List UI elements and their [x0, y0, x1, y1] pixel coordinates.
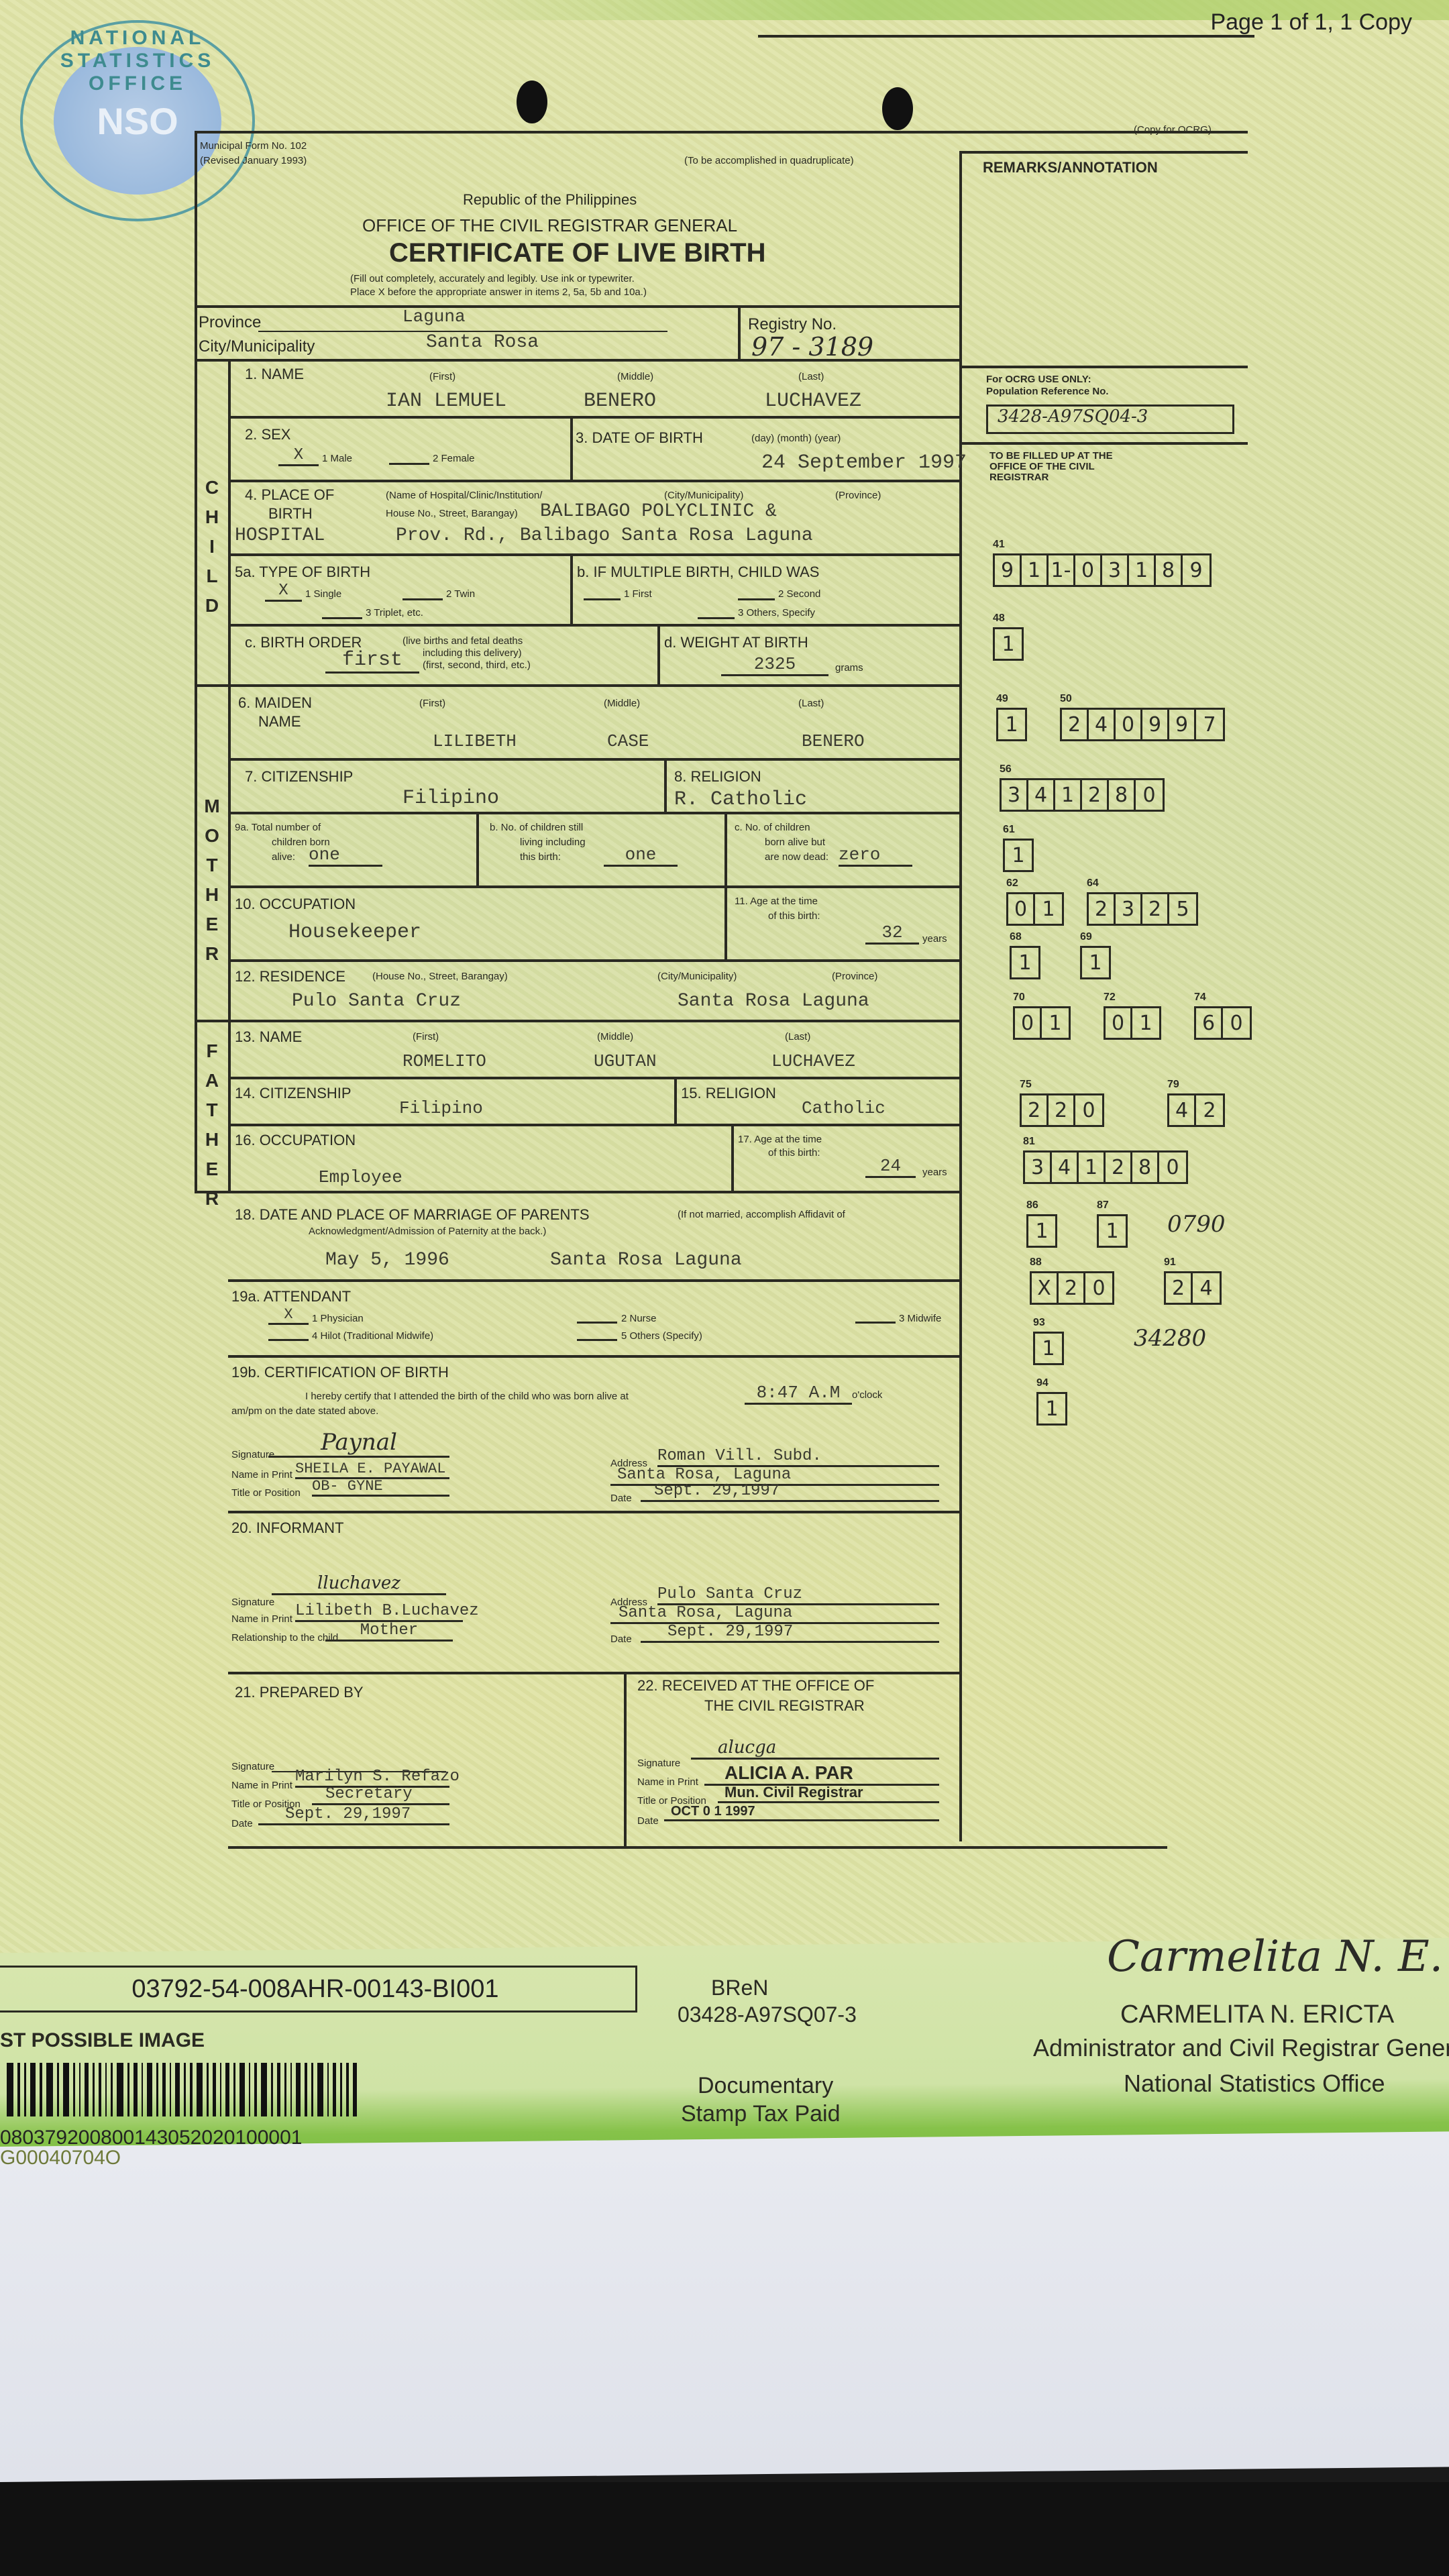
father-age-label: 17. Age at the time — [738, 1134, 822, 1145]
code-digit: 8 — [1156, 555, 1183, 585]
registry-label: Registry No. — [748, 315, 837, 334]
marriage-hint: (If not married, accomplish Affidavit of — [678, 1209, 845, 1220]
multiple-first-label: 1 First — [624, 588, 652, 600]
attendant-physician-checkbox[interactable]: X — [268, 1306, 309, 1325]
preparer-date: Sept. 29,1997 — [258, 1805, 449, 1825]
sex-female-label: 2 Female — [433, 453, 475, 464]
marriage-date: May 5, 1996 — [325, 1250, 449, 1271]
code-digit: 6 — [1196, 1008, 1223, 1038]
code-digit: 2 — [1142, 894, 1169, 924]
code-number-label: 87 — [1097, 1199, 1109, 1212]
child-section-label: CHILD — [199, 473, 225, 621]
pob-hospital: BALIBAGO POLYCLINIC & — [540, 501, 777, 522]
mother-age-label: 11. Age at the time — [735, 896, 818, 907]
pob-address: Prov. Rd., Balibago Santa Rosa Laguna — [396, 525, 813, 546]
attendant-midwife-label: 3 Midwife — [899, 1313, 941, 1324]
attendant-others-label: 5 Others (Specify) — [621, 1330, 702, 1342]
birth-certificate-form: Municipal Form No. 102 (Revised January … — [195, 131, 1248, 1862]
date-label: Date — [231, 1818, 253, 1829]
divider — [758, 35, 1254, 38]
code-digit: 9 — [1169, 710, 1196, 739]
code-number-label: 68 — [1010, 931, 1022, 943]
attendant-hilot-label: 4 Hilot (Traditional Midwife) — [312, 1330, 433, 1342]
code-digit: 0 — [1075, 555, 1102, 585]
attendant-name: SHEILA E. PAYAWAL — [295, 1460, 449, 1479]
code-box-50[interactable]: 240997 — [1060, 708, 1225, 741]
code-number-label: 70 — [1013, 991, 1025, 1004]
divider — [959, 442, 1248, 445]
dead-children-label: born alive but — [765, 837, 825, 848]
divider — [228, 1355, 959, 1358]
instructions: Place X before the appropriate answer in… — [350, 286, 647, 298]
quadruplicate-note: (To be accomplished in quadruplicate) — [684, 155, 854, 166]
divider — [664, 758, 667, 812]
code-box-56[interactable]: 341280 — [1000, 778, 1165, 812]
divider — [738, 305, 741, 359]
total-children-label: alive: — [272, 851, 295, 863]
population-reference-number: 3428-A97SQ04-3 — [986, 405, 1234, 434]
mother-age: 32 — [865, 922, 919, 945]
signatory-title: Administrator and Civil Registrar Genera… — [1033, 2034, 1449, 2062]
multiple-second-label: 2 Second — [778, 588, 820, 600]
birth-order-value: first — [325, 649, 419, 674]
informant-name: Lilibeth B.Luchavez — [295, 1602, 463, 1622]
code-digit: 3 — [1116, 894, 1142, 924]
divider — [476, 812, 479, 885]
province-value: Laguna — [402, 307, 466, 327]
weight-unit: grams — [835, 662, 863, 674]
code-box-87[interactable]: 1 — [1097, 1214, 1128, 1248]
code-digit: 5 — [1169, 894, 1196, 924]
code-digit: 9 — [1183, 555, 1210, 585]
code-box-70[interactable]: 01 — [1013, 1006, 1071, 1040]
divider — [228, 1124, 959, 1126]
code-number-label: 93 — [1033, 1317, 1045, 1329]
mother-first-name: LILIBETH — [433, 731, 517, 751]
father-occupation: Employee — [319, 1167, 402, 1187]
title-label: Title or Position — [231, 1487, 301, 1499]
divider — [228, 553, 959, 556]
divider — [228, 959, 959, 962]
divider — [228, 624, 959, 627]
documentary-stamp-label: Stamp Tax Paid — [681, 2101, 841, 2127]
code-box-86[interactable]: 1 — [1026, 1214, 1057, 1248]
divider — [228, 480, 959, 482]
code-digit: 2 — [1049, 1095, 1075, 1125]
mother-citizenship-label: 7. CITIZENSHIP — [245, 768, 353, 786]
pob-hospital: HOSPITAL — [235, 525, 325, 546]
divider — [228, 1279, 959, 1282]
marriage-place: Santa Rosa Laguna — [550, 1250, 742, 1271]
code-box-48[interactable]: 1 — [993, 627, 1024, 661]
code-number-label: 56 — [1000, 763, 1012, 775]
divider — [228, 416, 959, 419]
code-digit: 1 — [1012, 948, 1038, 977]
received-label: 22. RECEIVED AT THE OFFICE OF — [637, 1677, 874, 1695]
signature-label: Signature — [231, 1597, 274, 1608]
pob-hint: (City/Municipality) — [664, 490, 743, 501]
attendant-midwife-checkbox[interactable] — [855, 1306, 896, 1324]
mother-section-label: MOTHER — [199, 792, 225, 969]
code-digit: 1 — [1132, 1008, 1159, 1038]
code-box-69[interactable]: 1 — [1080, 946, 1111, 979]
serial-number: G00040704O — [0, 2147, 121, 2169]
mother-occupation-label: 10. OCCUPATION — [235, 896, 356, 913]
divider — [195, 684, 959, 687]
dead-children-value: zero — [839, 845, 912, 867]
first-label: (First) — [419, 698, 445, 709]
copy-note: (Copy for OCRG) — [1134, 124, 1212, 136]
divider — [228, 758, 959, 761]
prepared-by-label: 21. PREPARED BY — [235, 1684, 364, 1701]
father-first-name: ROMELITO — [402, 1051, 486, 1071]
code-digit: 0 — [1223, 1008, 1250, 1038]
code-digit: 0 — [1159, 1152, 1186, 1182]
code-digit: 1 — [1129, 555, 1156, 585]
multiple-first-checkbox[interactable] — [584, 582, 621, 600]
code-box-94[interactable]: 1 — [1036, 1392, 1067, 1426]
middle-label: (Middle) — [617, 371, 653, 382]
last-label: (Last) — [785, 1031, 810, 1042]
residence-street: Pulo Santa Cruz — [292, 991, 461, 1012]
date-label: Date — [610, 1493, 632, 1504]
code-digit: 0 — [1116, 710, 1142, 739]
divider — [724, 885, 727, 959]
code-digit: 1 — [1042, 1008, 1069, 1038]
divider — [657, 624, 660, 684]
code-number-label: 69 — [1080, 931, 1092, 943]
code-digit: 2 — [1059, 1273, 1085, 1303]
certification-label: 19b. CERTIFICATION OF BIRTH — [231, 1364, 449, 1381]
type-of-birth-label: 5a. TYPE OF BIRTH — [235, 563, 370, 581]
divider — [570, 553, 573, 624]
code-digit: 1 — [1079, 1152, 1106, 1182]
code-number-label: 50 — [1060, 693, 1072, 705]
weight-value: 2325 — [721, 654, 828, 676]
registry-number: 97 - 3189 — [751, 332, 873, 362]
divider — [228, 885, 959, 888]
code-digit: 8 — [1132, 1152, 1159, 1182]
last-label: (Last) — [798, 698, 824, 709]
code-digit: 2 — [1022, 1095, 1049, 1125]
attendant-title: OB- GYNE — [312, 1478, 449, 1497]
registrar-name: ALICIA A. PAR — [704, 1762, 939, 1786]
mother-last-name: BENERO — [802, 731, 865, 751]
code-digit: 4 — [1052, 1152, 1079, 1182]
divider — [228, 1077, 959, 1079]
code-digit: 3 — [1002, 780, 1028, 810]
province-label: Province — [199, 313, 261, 332]
child-date-of-birth: 24 September 1997 — [761, 451, 967, 474]
multiple-others-label: 3 Others, Specify — [738, 607, 815, 619]
relationship-label: Relationship to the child — [231, 1632, 338, 1644]
code-box-49[interactable]: 1 — [996, 708, 1027, 741]
name-in-print-label: Name in Print — [231, 1780, 292, 1791]
bren-number: 03428-A97SQ07-3 — [678, 2002, 857, 2027]
code-digit: 2 — [1062, 710, 1089, 739]
informant-address: Santa Rosa, Laguna — [610, 1604, 939, 1624]
divider — [195, 1020, 959, 1022]
code-digit: 0 — [1106, 1008, 1132, 1038]
middle-label: (Middle) — [604, 698, 640, 709]
code-digit: 1 — [1038, 1394, 1065, 1424]
handwritten-note: 0790 — [1167, 1211, 1226, 1238]
mother-age-label: of this birth: — [768, 910, 820, 922]
code-digit: 9 — [995, 555, 1022, 585]
father-name-label: 13. NAME — [235, 1028, 302, 1046]
divider — [195, 131, 1248, 133]
pob-hint: (Province) — [835, 490, 881, 501]
oclock-label: o'clock — [852, 1389, 882, 1401]
first-label: (First) — [429, 371, 455, 382]
code-digit: 8 — [1109, 780, 1136, 810]
sex-male-checkbox[interactable]: X — [278, 446, 319, 466]
best-possible-image-label: ST POSSIBLE IMAGE — [0, 2029, 205, 2052]
signatory-office: National Statistics Office — [1124, 2070, 1385, 2098]
marriage-label: 18. DATE AND PLACE OF MARRIAGE OF PARENT… — [235, 1206, 590, 1224]
type-single-label: 1 Single — [305, 588, 341, 600]
punch-hole — [517, 80, 547, 123]
divider — [228, 812, 959, 814]
city-value: Santa Rosa — [426, 332, 539, 353]
attendant-nurse-label: 2 Nurse — [621, 1313, 657, 1324]
ocrg-label: Population Reference No. — [986, 386, 1109, 397]
code-number-label: 86 — [1026, 1199, 1038, 1212]
code-number-label: 49 — [996, 693, 1008, 705]
divider — [228, 359, 231, 1191]
code-digit: 2 — [1082, 780, 1109, 810]
mother-religion: R. Catholic — [674, 788, 807, 811]
child-name-label: 1. NAME — [245, 366, 304, 383]
republic-label: Republic of the Philippines — [463, 191, 637, 209]
type-triplet-checkbox[interactable] — [322, 600, 362, 619]
pob-hint: (Name of Hospital/Clinic/Institution/ — [386, 490, 542, 501]
multiple-others-checkbox[interactable] — [698, 600, 735, 619]
code-digit: 3 — [1102, 555, 1129, 585]
type-single-checkbox[interactable]: X — [265, 582, 302, 602]
bren-label: BReN — [711, 1976, 768, 2000]
code-number-label: 61 — [1003, 824, 1015, 836]
ocrg-label: For OCRG USE ONLY: — [986, 374, 1091, 385]
dob-label: 3. DATE OF BIRTH — [576, 429, 703, 447]
marriage-hint: Acknowledgment/Admission of Paternity at… — [309, 1226, 546, 1237]
code-digit: 2 — [1106, 1152, 1132, 1182]
document-id: 03792-54-008AHR-00143-BI001 — [0, 1966, 637, 2012]
living-children-label: this birth: — [520, 851, 561, 863]
code-number-label: 79 — [1167, 1079, 1179, 1091]
sex-label: 2. SEX — [245, 426, 290, 443]
attendant-others-checkbox[interactable] — [577, 1324, 617, 1341]
code-digit: 1 — [995, 629, 1022, 659]
code-digit: 2 — [1089, 894, 1116, 924]
barcode-number: 080379200800143052020100001 — [0, 2127, 302, 2149]
code-digit: 2 — [1166, 1273, 1193, 1303]
name-in-print-label: Name in Print — [231, 1469, 292, 1481]
middle-label: (Middle) — [597, 1031, 633, 1042]
sex-male-label: 1 Male — [322, 453, 352, 464]
code-digit: 1 — [1099, 1216, 1126, 1246]
code-digit: 1 — [1035, 1334, 1062, 1363]
birth-order-hint: (first, second, third, etc.) — [423, 659, 531, 671]
code-number-label: 75 — [1020, 1079, 1032, 1091]
city-label: City/Municipality — [199, 337, 315, 356]
code-digit: 0 — [1136, 780, 1163, 810]
date-label: Date — [610, 1633, 632, 1645]
code-box-72[interactable]: 01 — [1104, 1006, 1161, 1040]
barcode — [7, 2063, 590, 2116]
divider — [731, 1124, 734, 1191]
code-box-81[interactable]: 341280 — [1023, 1150, 1188, 1184]
code-digit: 0 — [1008, 894, 1035, 924]
residence-hint: (City/Municipality) — [657, 971, 737, 982]
certification-statement: I hereby certify that I attended the bir… — [305, 1391, 629, 1402]
code-digit: 7 — [1196, 710, 1223, 739]
code-box-93[interactable]: 1 — [1033, 1332, 1064, 1365]
attendant-hilot-checkbox[interactable] — [268, 1324, 309, 1341]
code-number-label: 74 — [1194, 991, 1206, 1004]
child-middle-name: BENERO — [584, 390, 656, 413]
code-box-74[interactable]: 60 — [1194, 1006, 1252, 1040]
documentary-stamp-label: Documentary — [698, 2073, 833, 2099]
total-children-label: 9a. Total number of — [235, 822, 321, 833]
living-children-label: living including — [520, 837, 586, 848]
form-number: Municipal Form No. 102 — [200, 140, 307, 152]
code-number-label: 62 — [1006, 877, 1018, 890]
sex-female-checkbox[interactable] — [389, 446, 429, 465]
divider — [195, 305, 959, 308]
divider — [674, 1077, 677, 1124]
dob-hint: (day) (month) (year) — [751, 433, 841, 444]
code-digit: 1 — [1055, 780, 1082, 810]
father-occupation-label: 16. OCCUPATION — [235, 1132, 356, 1149]
instructions: (Fill out completely, accurately and leg… — [350, 273, 635, 284]
office-label: OFFICE OF THE CIVIL REGISTRAR GENERAL — [362, 215, 737, 236]
code-number-label: 64 — [1087, 877, 1099, 890]
code-digit: 1 — [1035, 894, 1062, 924]
birth-time: 8:47 A.M — [745, 1383, 852, 1405]
code-number-label: 81 — [1023, 1136, 1035, 1148]
registrar-title: Mun. Civil Registrar — [718, 1784, 939, 1803]
code-box-68[interactable]: 1 — [1010, 946, 1040, 979]
multiple-birth-label: b. IF MULTIPLE BIRTH, CHILD WAS — [577, 563, 819, 581]
code-box-61[interactable]: 1 — [1003, 839, 1034, 872]
divider — [228, 1672, 959, 1674]
weight-label: d. WEIGHT AT BIRTH — [664, 634, 808, 651]
informant-address: Pulo Santa Cruz — [657, 1585, 939, 1605]
remarks-label: REMARKS/ANNOTATION — [983, 159, 1158, 176]
received-label: THE CIVIL REGISTRAR — [704, 1697, 865, 1715]
mother-citizenship: Filipino — [402, 787, 499, 810]
signature-label: Signature — [231, 1761, 274, 1772]
code-digit: 9 — [1142, 710, 1169, 739]
name-in-print-label: Name in Print — [231, 1613, 292, 1625]
code-box-79[interactable]: 42 — [1167, 1093, 1225, 1127]
code-box-62[interactable]: 01 — [1006, 892, 1064, 926]
preparer-title: Secretary — [312, 1785, 449, 1805]
birth-order-hint: (live births and fetal deaths — [402, 635, 523, 647]
father-last-name: LUCHAVEZ — [771, 1051, 855, 1071]
age-unit: years — [922, 1167, 947, 1178]
code-digit: 1 — [1022, 555, 1049, 585]
divider — [570, 416, 573, 480]
attendant-label: 19a. ATTENDANT — [231, 1288, 351, 1305]
code-digit: X — [1032, 1273, 1059, 1303]
informant-signature: lluchavez — [272, 1573, 446, 1595]
pob-label: 4. PLACE OF — [245, 486, 334, 504]
multiple-second-checkbox[interactable] — [738, 582, 775, 600]
divider — [195, 1191, 959, 1193]
code-number-label: 48 — [993, 612, 1005, 625]
signatory-signature: Carmelita N. E. — [1107, 1932, 1443, 1982]
code-digit: 1 — [998, 710, 1025, 739]
pob-label: BIRTH — [268, 505, 313, 523]
divider — [959, 151, 1248, 154]
type-triplet-label: 3 Triplet, etc. — [366, 607, 423, 619]
code-digit: 4 — [1193, 1273, 1220, 1303]
certification-date: Sept. 29,1997 — [641, 1482, 939, 1502]
dead-children-label: c. No. of children — [735, 822, 810, 833]
code-digit: 0 — [1015, 1008, 1042, 1038]
page-count: Page 1 of 1, 1 Copy — [1210, 9, 1412, 36]
father-age-label: of this birth: — [768, 1147, 820, 1159]
informant-date: Sept. 29,1997 — [641, 1623, 939, 1643]
code-number-label: 94 — [1036, 1377, 1049, 1389]
father-age: 24 — [865, 1156, 916, 1178]
residence-hint: (Province) — [832, 971, 877, 982]
code-box-88[interactable]: X20 — [1030, 1271, 1114, 1305]
mother-occupation: Housekeeper — [288, 921, 421, 944]
divider — [195, 359, 959, 362]
code-number-label: 91 — [1164, 1256, 1176, 1269]
informant-relationship: Mother — [325, 1621, 453, 1642]
divider — [228, 1511, 959, 1513]
code-box-91[interactable]: 24 — [1164, 1271, 1222, 1305]
filled-up-label: TO BE FILLED UP AT THE — [989, 450, 1113, 462]
code-digit: 1 — [1082, 948, 1109, 977]
filled-up-label: OFFICE OF THE CIVIL — [989, 461, 1095, 472]
code-digit: 1- — [1049, 555, 1075, 585]
informant-label: 20. INFORMANT — [231, 1519, 343, 1537]
certification-statement: am/pm on the date stated above. — [231, 1405, 378, 1417]
pob-hint: House No., Street, Barangay) — [386, 508, 518, 519]
code-box-41[interactable]: 911-03189 — [993, 553, 1212, 587]
code-digit: 3 — [1025, 1152, 1052, 1182]
child-last-name: LUCHAVEZ — [765, 390, 861, 413]
code-digit: 1 — [1028, 1216, 1055, 1246]
maiden-name-label: 6. MAIDEN — [238, 694, 312, 712]
first-label: (First) — [413, 1031, 439, 1042]
living-children-label: b. No. of children still — [490, 822, 583, 833]
father-citizenship: Filipino — [399, 1098, 483, 1118]
attendant-address: Roman Vill. Subd. — [657, 1447, 939, 1467]
code-digit: 0 — [1075, 1095, 1102, 1125]
residence-city: Santa Rosa Laguna — [678, 991, 869, 1012]
code-box-64[interactable]: 2325 — [1087, 892, 1198, 926]
handwritten-note: 34280 — [1134, 1325, 1206, 1352]
residence-hint: (House No., Street, Barangay) — [372, 971, 508, 982]
code-box-75[interactable]: 220 — [1020, 1093, 1104, 1127]
type-twin-checkbox[interactable] — [402, 582, 443, 600]
maiden-name-label: NAME — [258, 713, 301, 731]
age-unit: years — [922, 933, 947, 945]
father-citizenship-label: 14. CITIZENSHIP — [235, 1085, 352, 1102]
attendant-nurse-checkbox[interactable] — [577, 1306, 617, 1324]
date-label: Date — [637, 1815, 659, 1827]
attendant-physician-label: 1 Physician — [312, 1313, 364, 1324]
seal-text: NATIONAL STATISTICS OFFICE — [23, 27, 252, 95]
mother-religion-label: 8. RELIGION — [674, 768, 761, 786]
father-religion: Catholic — [802, 1098, 885, 1118]
